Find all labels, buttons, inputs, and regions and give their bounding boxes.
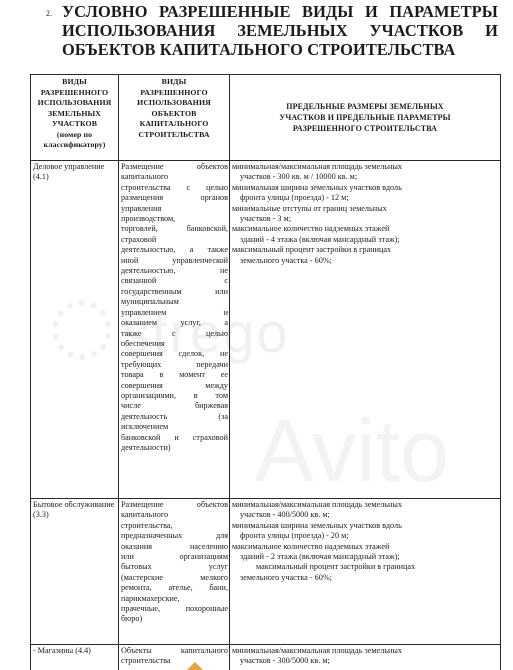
heading-word: ВИДЫ (302, 2, 353, 21)
parameter-line: участков - 3 м; (232, 214, 498, 224)
heading-word: ОБЪЕКТОВ КАПИТАЛЬНОГО СТРОИТЕЛЬСТВА (62, 40, 455, 59)
parameter-item: минимальные отступы от границ земельныху… (232, 204, 498, 225)
heading-word: ПАРАМЕТРЫ (389, 2, 498, 21)
parameter-line: участков - 300 кв. м / 10000 кв. м; (232, 172, 498, 182)
parameter-line: минимальная/максимальная площадь земельн… (232, 162, 498, 172)
parameter-line: минимальная/максимальная площадь земельн… (232, 500, 498, 510)
parameter-line: минимальная ширина земельных участков вд… (232, 521, 498, 531)
objects-line: предназначенных для (121, 531, 228, 541)
heading-word: ИСПОЛЬЗОВАНИЯ (62, 21, 215, 40)
heading-line: ИСПОЛЬЗОВАНИЯЗЕМЕЛЬНЫХУЧАСТКОВИ (62, 21, 498, 40)
objects-line: организациями, в том (121, 391, 228, 401)
objects-line: обеспечения (121, 339, 228, 349)
heading-lines: УСЛОВНОРАЗРЕШЕННЫЕВИДЫИПАРАМЕТРЫИСПОЛЬЗО… (62, 2, 498, 59)
parameter-line: участков - 400/5000 кв. м; (232, 510, 498, 520)
parameter-item: минимальная/максимальная площадь земельн… (232, 162, 498, 183)
parameter-line: земельного участка - 60%; (232, 256, 498, 266)
cell-land-use-type: - Магазины (4.4) (31, 645, 119, 670)
objects-line: производством, (121, 214, 228, 224)
objects-line: требующих передачи (121, 360, 228, 370)
objects-line: (мастерские мелкого (121, 573, 228, 583)
objects-line: капитального (121, 172, 228, 182)
objects-line: прачечные, похоронные (121, 604, 228, 614)
objects-line: строительства, (121, 521, 228, 531)
objects-line: Объекты капитального (121, 646, 228, 656)
header-line: КАПИТАЛЬНОГО (121, 119, 227, 130)
parameter-line: фронта улицы (проезда) - 20 м; (232, 531, 498, 541)
parameter-item: максимальное количество надземных этажей… (232, 542, 498, 563)
heading-word: И (485, 21, 498, 40)
objects-line: парикмахерские, (121, 594, 228, 604)
objects-line: торговлей, банковской, (121, 224, 228, 234)
header-line: УЧАСТКОВ И ПРЕДЕЛЬНЫЕ ПАРАМЕТРЫ (232, 112, 498, 123)
header-line: ОБЪЕКТОВ (121, 109, 227, 120)
objects-line: размещения органов (121, 193, 228, 203)
objects-line: деятельности) (121, 443, 228, 453)
parameter-item: минимальная/максимальная площадь земельн… (232, 500, 498, 521)
heading-word: РАЗРЕШЕННЫЕ (159, 2, 291, 21)
header-land-use-types: ВИДЫРАЗРЕШЕННОГОИСПОЛЬЗОВАНИЯЗЕМЕЛЬНЫХУЧ… (31, 75, 119, 161)
header-limit-parameters: ПРЕДЕЛЬНЫЕ РАЗМЕРЫ ЗЕМЕЛЬНЫХУЧАСТКОВ И П… (230, 75, 501, 161)
heading-line: УСЛОВНОРАЗРЕШЕННЫЕВИДЫИПАРАМЕТРЫ (62, 2, 498, 21)
objects-line: или организациям (121, 552, 228, 562)
objects-line: товара в момент ее (121, 370, 228, 380)
cell-construction-objects: Размещение объектовкапитальногостроитель… (119, 499, 230, 645)
objects-line: оказанием услуг, а (121, 318, 228, 328)
objects-line: муниципальным (121, 297, 228, 307)
cell-limit-parameters: минимальная/максимальная площадь земельн… (230, 499, 501, 645)
section-number: 2. (46, 4, 52, 23)
heading-line: ОБЪЕКТОВ КАПИТАЛЬНОГО СТРОИТЕЛЬСТВА (62, 40, 498, 59)
parameter-line: минимальная/максимальная площадь земельн… (232, 646, 498, 656)
header-line: УЧАСТКОВ (33, 119, 116, 130)
parameter-line: максимальный процент застройки в граница… (232, 562, 498, 572)
objects-line: числе биржевая (121, 401, 228, 411)
land-use-table: ВИДЫРАЗРЕШЕННОГОИСПОЛЬЗОВАНИЯЗЕМЕЛЬНЫХУЧ… (30, 74, 501, 670)
objects-line: иной управленческой (121, 256, 228, 266)
parameter-item: минимальная ширина земельных участков вд… (232, 521, 498, 542)
objects-line: также с целью (121, 329, 228, 339)
parameter-item: максимальный процент застройки в граница… (232, 245, 498, 266)
parameter-item: минимальная ширина земельных участков вд… (232, 183, 498, 204)
table-header-row: ВИДЫРАЗРЕШЕННОГОИСПОЛЬЗОВАНИЯЗЕМЕЛЬНЫХУЧ… (31, 75, 501, 161)
objects-line: оказания населению (121, 542, 228, 552)
objects-line: ремонта, ателье, бани, (121, 583, 228, 593)
header-line: ВИДЫ (33, 77, 116, 88)
orange-marker-icon (186, 662, 204, 670)
objects-line: строительства (121, 656, 228, 666)
parameter-line: участков - 300/5000 кв. м; (232, 656, 498, 666)
parameter-line: минимальные отступы от границ земельных (232, 204, 498, 214)
parameter-line: зданий - 2 этажа (включая мансардный эта… (232, 552, 498, 562)
heading-word: И (365, 2, 378, 21)
parameter-item: максимальный процент застройки в граница… (232, 562, 498, 583)
objects-line: Размещение объектов (121, 162, 228, 172)
header-line: ВИДЫ (121, 77, 227, 88)
parameter-line: зданий - 4 этажа (включая мансардный эта… (232, 235, 498, 245)
cell-construction-objects: Размещение объектовкапитальногостроитель… (119, 161, 230, 499)
parameter-line: максимальное количество надземных этажей (232, 224, 498, 234)
cell-limit-parameters: минимальная/максимальная площадь земельн… (230, 645, 501, 670)
header-line: РАЗРЕШЕННОГО СТРОИТЕЛЬСТВА (232, 123, 498, 134)
header-line: ЗЕМЕЛЬНЫХ (33, 109, 116, 120)
header-line: РАЗРЕШЕННОГО (33, 88, 116, 99)
header-line: (номер по (33, 130, 116, 141)
cell-land-use-type: Бытовое обслуживание (3.3) (31, 499, 119, 645)
objects-line: связанной с (121, 276, 228, 286)
table-row: - Магазины (4.4)Объекты капитальногостро… (31, 645, 501, 670)
parameter-item: максимальное количество надземных этажей… (232, 224, 498, 245)
section-heading: 2. УСЛОВНОРАЗРЕШЕННЫЕВИДЫИПАРАМЕТРЫИСПОЛ… (62, 2, 498, 59)
header-line: РАЗРЕШЕННОГО (121, 88, 227, 99)
objects-line: банковской и страховой (121, 433, 228, 443)
objects-line: строительства с целью (121, 183, 228, 193)
objects-line: совершения сделок, не (121, 349, 228, 359)
heading-word: ЗЕМЕЛЬНЫХ (237, 21, 347, 40)
header-line: ПРЕДЕЛЬНЫЕ РАЗМЕРЫ ЗЕМЕЛЬНЫХ (232, 101, 498, 112)
cell-land-use-type: Деловое управление (4.1) (31, 161, 119, 499)
table-row: Бытовое обслуживание (3.3)Размещение объ… (31, 499, 501, 645)
header-line: ИСПОЛЬЗОВАНИЯ (33, 98, 116, 109)
objects-line: государственным или (121, 287, 228, 297)
parameter-line: максимальный процент застройки в граница… (232, 245, 498, 255)
parameter-line: минимальная ширина земельных участков вд… (232, 183, 498, 193)
objects-line: совершения между (121, 381, 228, 391)
cell-limit-parameters: минимальная/максимальная площадь земельн… (230, 161, 501, 499)
objects-line: страховой (121, 235, 228, 245)
parameter-item: минимальная/максимальная площадь земельн… (232, 646, 498, 667)
objects-line: управлением и (121, 308, 228, 318)
parameter-line: земельного участка - 60%; (232, 573, 498, 583)
heading-word: УСЛОВНО (62, 2, 148, 21)
header-construction-use-types: ВИДЫРАЗРЕШЕННОГОИСПОЛЬЗОВАНИЯОБЪЕКТОВКАП… (119, 75, 230, 161)
table-row: Деловое управление (4.1)Размещение объек… (31, 161, 501, 499)
objects-line: деятельностью, а также (121, 245, 228, 255)
objects-line: управления (121, 204, 228, 214)
objects-line: бытовых услуг (121, 562, 228, 572)
cell-construction-objects: Объекты капитальногостроительства (119, 645, 230, 670)
header-line: ИСПОЛЬЗОВАНИЯ (121, 98, 227, 109)
objects-line: Размещение объектов (121, 500, 228, 510)
header-line: СТРОИТЕЛЬСТВА (121, 130, 227, 141)
objects-line: деятельность (за (121, 412, 228, 422)
objects-line: бюро) (121, 614, 228, 624)
heading-word: УЧАСТКОВ (370, 21, 464, 40)
objects-line: капитального (121, 510, 228, 520)
parameter-line: фронта улицы (проезда) - 12 м; (232, 193, 498, 203)
parameter-line: максимальное количество надземных этажей (232, 542, 498, 552)
objects-line: исключением (121, 422, 228, 432)
objects-line: деятельностью, не (121, 266, 228, 276)
header-line: классификатору) (33, 140, 116, 151)
